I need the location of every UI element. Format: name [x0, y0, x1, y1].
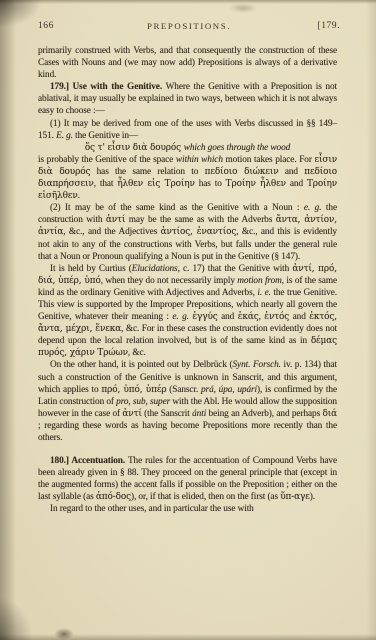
running-title: PREPOSITIONS.: [147, 21, 231, 31]
text-run: διά: [322, 409, 337, 419]
text-run: ἀπό-δος: [96, 492, 131, 502]
text-run: is probably the Genitive of the space: [38, 155, 176, 165]
text-run: In regard to the other uses, and in part…: [50, 504, 254, 514]
text-run: , when they do not necessarily imply: [101, 276, 238, 286]
text-run: within which: [176, 155, 223, 165]
text-run: has to: [195, 179, 226, 189]
paragraph-continuation: primarily construed with Verbs, and that…: [38, 45, 337, 81]
paragraph-genitive-of-space: is probably the Genitive of the space wi…: [38, 154, 337, 202]
text-run: It is held by Curtius (: [50, 264, 132, 274]
paragraph-delbrueck: On the other hand, it is pointed out by …: [38, 359, 337, 444]
text-run: , that: [94, 179, 118, 189]
text-run: ἦλθεν εἰς Τροίην: [117, 179, 194, 189]
text-run: motion takes place. For: [223, 155, 315, 165]
text-run: ὅς τ' εἶσιν διὰ δουρός: [85, 143, 184, 153]
page-number: 166: [38, 20, 54, 31]
text-run: the Genitive in—: [73, 131, 138, 141]
text-run: which goes through the wood: [184, 143, 290, 153]
greek-verse-quotation: ὅς τ' εἶσιν διὰ δουρός which goes throug…: [38, 142, 337, 154]
list-item-2: (2) It may be of the same kind as the Ge…: [38, 202, 337, 262]
text-run: ánti: [192, 409, 206, 419]
text-run: pro, sub, super: [116, 397, 170, 407]
text-run: and: [218, 312, 238, 322]
text-run: ), or, if that is elided, then on the fi…: [131, 492, 280, 502]
section-179-use-with-genitive: 179.] Use with the Genitive. Where the G…: [38, 81, 337, 117]
text-run: ὕπ-αγε: [280, 492, 310, 502]
text-run: ἐντός: [264, 312, 289, 322]
text-run: being an Adverb), and perhaps: [206, 409, 322, 419]
text-run: Τροίην ἦλθεν: [226, 179, 286, 189]
text-run: e. g.: [304, 203, 322, 213]
text-run: Synt. Forsch.: [233, 360, 281, 370]
text-run: E. g.: [56, 131, 73, 141]
text-run: ; regarding these words as having become…: [38, 421, 337, 443]
text-run: ἀντί: [106, 215, 125, 225]
text-run: and: [289, 312, 309, 322]
text-run: i. e.: [257, 288, 270, 298]
text-run: prá, úpa, upári: [201, 385, 257, 395]
text-run: motion from: [237, 276, 281, 286]
scanned-book-page: 166 PREPOSITIONS. [179. primarily constr…: [0, 0, 376, 640]
text-run: , &c.: [128, 348, 146, 358]
text-run: ).: [310, 492, 315, 502]
text-run: Elucidations: [132, 264, 178, 274]
text-run: ἐγγύς: [192, 312, 217, 322]
list-item-1: (1) It may be derived from one of the us…: [38, 118, 337, 142]
text-run: has the same relation to: [90, 167, 204, 177]
paragraph-final: In regard to the other uses, and in part…: [38, 503, 337, 515]
text-run: and: [286, 179, 307, 189]
text-run: e. g.: [172, 312, 189, 322]
text-run: (2) It may be of the same kind as the Ge…: [50, 203, 304, 213]
text-run: , c. 17) that the Genitive with: [178, 264, 293, 274]
running-header: 166 PREPOSITIONS. [179.: [38, 20, 340, 34]
section-180-accentuation: 180.] Accentuation. The rules for the ac…: [38, 455, 337, 503]
text-run: ἑκάς: [238, 312, 259, 322]
section-reference: [179.: [318, 20, 340, 31]
text-run: 180.] Accentuation.: [50, 456, 125, 466]
text-run: (Sanscr.: [166, 385, 201, 395]
text-run: πεδίοιο διώκειν: [205, 167, 279, 177]
text-run: .: [78, 191, 80, 201]
text-run: primarily construed with Verbs, and that…: [38, 46, 337, 80]
paragraph-curtius: It is held by Curtius (Elucidations, c. …: [38, 263, 337, 360]
text-run: ἀντίος, ἐναντίος: [161, 227, 237, 237]
text-run: (the Sanscrit: [142, 409, 192, 419]
text-run: 179.] Use with the Genitive.: [50, 82, 162, 92]
text-run: ἀντί: [122, 409, 141, 419]
text-run: , &c., and the Adjectives: [63, 227, 160, 237]
text-run: and: [279, 167, 305, 177]
text-run: πρό, ὑπό, ὑπέρ: [101, 385, 166, 395]
text-run: may be the same as with the Adverbs: [125, 215, 275, 225]
text-block: primarily construed with Verbs, and that…: [38, 45, 337, 516]
text-run: On the other hand, it is pointed out by …: [50, 360, 233, 370]
